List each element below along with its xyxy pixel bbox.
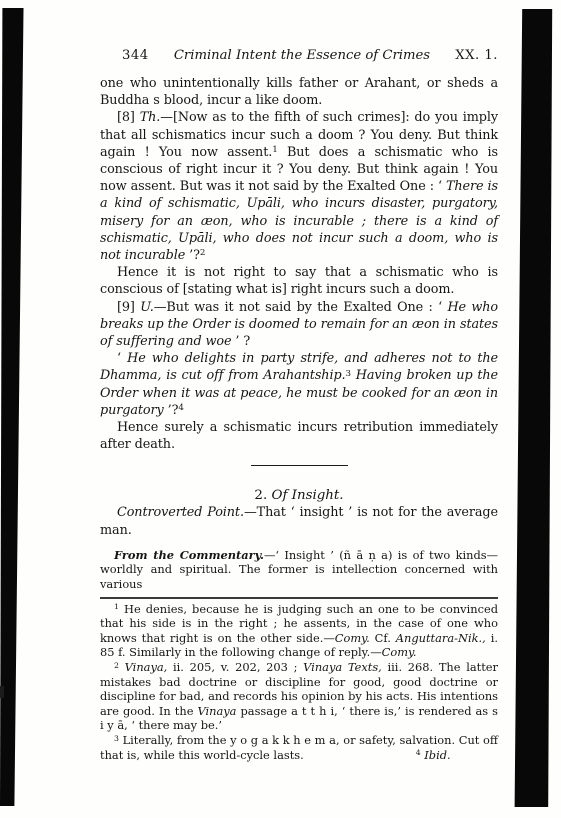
scanned-book-page: 344 Criminal Intent the Essence of Crime…: [0, 0, 561, 818]
text-run: Hence surely a schismatic incurs retribu…: [100, 420, 498, 452]
text-run: ’?: [164, 403, 179, 418]
text-run: ‘: [117, 351, 127, 366]
text-run: Anguttara-Nik.,: [396, 631, 486, 645]
text-run: Comy.: [382, 645, 417, 659]
running-title: Criminal Intent the Essence of Crimes: [149, 48, 456, 64]
page-number: 344: [122, 48, 149, 64]
text-run: 4: [178, 403, 183, 413]
footnote-separator-rule: [100, 597, 498, 599]
paragraph-9: [9] U.—But was it not said by the Exalte…: [100, 299, 498, 351]
text-run: Controverted Point.: [117, 505, 244, 520]
text-run: 1: [114, 602, 119, 611]
paragraph-quote: ‘ He who delights in party strife, and a…: [100, 350, 498, 419]
text-run: 1: [272, 145, 277, 155]
text-run: Vinaya,: [125, 660, 168, 674]
text-run: U.: [140, 300, 153, 315]
footnote-1: 1 He denies, because he is judging such …: [100, 602, 498, 660]
text-run: 3: [114, 734, 119, 743]
text-run: ii. 205, v. 202, 203 ;: [167, 660, 303, 674]
text-run: 2.: [254, 488, 271, 503]
text-run: Comy.: [335, 631, 370, 645]
text-run: one who unintentionally kills father or …: [100, 76, 498, 108]
text-run: Vinaya Texts,: [303, 660, 382, 674]
text-run: [9]: [117, 300, 140, 315]
text-run: Th.: [140, 110, 161, 125]
footnote-2: 2 Vinaya, ii. 205, v. 202, 203 ; Vinaya …: [100, 660, 498, 733]
paragraph-8: [8] Th.—[Now as to the fifth of such cri…: [100, 109, 498, 264]
text-run: 2: [114, 661, 119, 670]
section-divider-rule: [251, 465, 348, 466]
controverted-point: Controverted Point.—That ‘ insight ’ is …: [100, 504, 498, 538]
footnote-3-4: 3 Literally, from the y o g a k k h e m …: [100, 733, 498, 762]
text-run: Hence it is not right to say that a schi…: [100, 265, 498, 297]
paragraph-continuation: one who unintentionally kills father or …: [100, 75, 498, 109]
text-run: From the Commentary.: [114, 548, 264, 562]
left-edge-mark: [0, 686, 4, 698]
text-run: ’ ?: [231, 334, 250, 349]
paragraph-hence-2: Hence surely a schismatic incurs retribu…: [100, 419, 498, 453]
text-run: Of Insight.: [271, 488, 343, 503]
paragraph-hence-1: Hence it is not right to say that a schi…: [100, 264, 498, 298]
text-run: 4: [416, 748, 421, 757]
text-run: 3: [346, 369, 351, 379]
body-text: one who unintentionally kills father or …: [100, 75, 498, 453]
text-run: Cf.: [370, 631, 396, 645]
right-gutter-shadow: [513, 9, 553, 807]
page-text-block: 344 Criminal Intent the Essence of Crime…: [100, 0, 498, 762]
text-run: 2: [200, 248, 205, 258]
text-run: ’?: [189, 248, 200, 263]
section-reference: XX. 1.: [455, 48, 498, 64]
text-run: Ibid.: [421, 748, 451, 762]
commentary-excerpt: From the Commentary.—‘ Insight ’ (ñ ā ṇ …: [100, 548, 498, 592]
footnotes: 1 He denies, because he is judging such …: [100, 602, 498, 763]
text-run: —But was it not said by the Exalted One …: [154, 300, 448, 315]
section-heading: 2. Of Insight.: [100, 487, 498, 504]
text-run: [8]: [117, 110, 140, 125]
page-header: 344 Criminal Intent the Essence of Crime…: [100, 48, 498, 64]
text-run: Vinaya: [197, 704, 236, 718]
